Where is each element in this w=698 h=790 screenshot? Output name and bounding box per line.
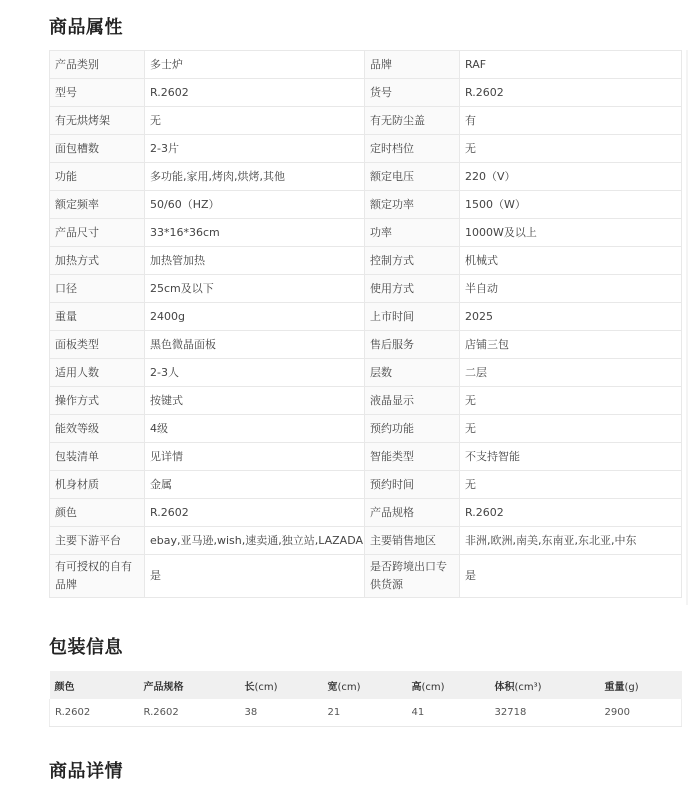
attribute-key: 功能 <box>50 163 145 191</box>
attribute-value: 按键式 <box>145 387 365 415</box>
attribute-value: 1000W及以上 <box>460 219 682 247</box>
attribute-value: 无 <box>460 135 682 163</box>
column-header-weight: 重量(g) <box>600 671 682 699</box>
attribute-key: 有无防尘盖 <box>365 107 460 135</box>
table-row: R.2602 R.2602 38 21 41 32718 2900 <box>50 699 682 727</box>
attribute-key: 型号 <box>50 79 145 107</box>
cell-length: 38 <box>240 699 323 727</box>
attribute-value: 店铺三包 <box>460 331 682 359</box>
column-header-width: 宽(cm) <box>323 671 407 699</box>
attribute-key: 预约功能 <box>365 415 460 443</box>
attribute-key: 适用人数 <box>50 359 145 387</box>
section-title-packaging: 包装信息 <box>49 633 123 659</box>
attribute-value: 二层 <box>460 359 682 387</box>
attribute-key: 主要销售地区 <box>365 527 460 555</box>
attribute-value: R.2602 <box>145 499 365 527</box>
attribute-key: 口径 <box>50 275 145 303</box>
attribute-value: 2025 <box>460 303 682 331</box>
attribute-key: 产品类别 <box>50 51 145 79</box>
attribute-value: 220（V） <box>460 163 682 191</box>
attribute-key: 重量 <box>50 303 145 331</box>
attribute-value: 无 <box>460 471 682 499</box>
attribute-key: 定时档位 <box>365 135 460 163</box>
scrollbar-track[interactable] <box>686 50 688 605</box>
attribute-key: 品牌 <box>365 51 460 79</box>
attribute-value: 加热管加热 <box>145 247 365 275</box>
attribute-row: 面包槽数 2-3片 定时档位 无 <box>50 135 682 163</box>
attribute-key: 功率 <box>365 219 460 247</box>
attribute-key: 是否跨境出口专供货源 <box>365 555 460 598</box>
attribute-value: 2400g <box>145 303 365 331</box>
attribute-key: 包装清单 <box>50 443 145 471</box>
attribute-value: 25cm及以下 <box>145 275 365 303</box>
attribute-key: 加热方式 <box>50 247 145 275</box>
attribute-key: 有可授权的自有品牌 <box>50 555 145 598</box>
column-header-volume: 体积(cm³) <box>490 671 600 699</box>
cell-spec: R.2602 <box>139 699 240 727</box>
attribute-value: 半自动 <box>460 275 682 303</box>
attribute-row: 额定频率 50/60（HZ） 额定功率 1500（W） <box>50 191 682 219</box>
attribute-key: 上市时间 <box>365 303 460 331</box>
attribute-row: 产品类别 多士炉 品牌 RAF <box>50 51 682 79</box>
attribute-row: 机身材质 金属 预约时间 无 <box>50 471 682 499</box>
attribute-row: 重量 2400g 上市时间 2025 <box>50 303 682 331</box>
attribute-key: 智能类型 <box>365 443 460 471</box>
attribute-key: 层数 <box>365 359 460 387</box>
attribute-row: 口径 25cm及以下 使用方式 半自动 <box>50 275 682 303</box>
attribute-value: RAF <box>460 51 682 79</box>
attribute-value: 黑色微晶面板 <box>145 331 365 359</box>
attribute-row: 操作方式 按键式 液晶显示 无 <box>50 387 682 415</box>
attribute-key: 主要下游平台 <box>50 527 145 555</box>
attribute-row: 型号 R.2602 货号 R.2602 <box>50 79 682 107</box>
attribute-row: 包装清单 见详情 智能类型 不支持智能 <box>50 443 682 471</box>
attribute-value: ebay,亚马逊,wish,速卖通,独立站,LAZADA <box>145 527 365 555</box>
attribute-key: 面包槽数 <box>50 135 145 163</box>
attribute-key: 产品尺寸 <box>50 219 145 247</box>
attribute-value: 2-3人 <box>145 359 365 387</box>
attribute-key: 预约时间 <box>365 471 460 499</box>
attribute-value: 见详情 <box>145 443 365 471</box>
attribute-value: R.2602 <box>145 79 365 107</box>
attribute-key: 能效等级 <box>50 415 145 443</box>
attribute-value: 无 <box>460 415 682 443</box>
attribute-value: 机械式 <box>460 247 682 275</box>
attribute-value: 是 <box>145 555 365 598</box>
attribute-key: 控制方式 <box>365 247 460 275</box>
column-header-spec: 产品规格 <box>139 671 240 699</box>
attribute-key: 售后服务 <box>365 331 460 359</box>
attribute-value: 非洲,欧洲,南美,东南亚,东北亚,中东 <box>460 527 682 555</box>
attribute-key: 货号 <box>365 79 460 107</box>
attribute-value: 多士炉 <box>145 51 365 79</box>
attribute-row: 加热方式 加热管加热 控制方式 机械式 <box>50 247 682 275</box>
attribute-value: R.2602 <box>460 79 682 107</box>
column-header-color: 颜色 <box>50 671 139 699</box>
attributes-table: 产品类别 多士炉 品牌 RAF 型号 R.2602 货号 R.2602 有无烘烤… <box>49 50 682 598</box>
packaging-header-row: 颜色 产品规格 长(cm) 宽(cm) 高(cm) 体积(cm³) 重量(g) <box>50 671 682 699</box>
attribute-key: 操作方式 <box>50 387 145 415</box>
cell-color: R.2602 <box>50 699 139 727</box>
attribute-row: 面板类型 黑色微晶面板 售后服务 店铺三包 <box>50 331 682 359</box>
attribute-value: 2-3片 <box>145 135 365 163</box>
attribute-row: 功能 多功能,家用,烤肉,烘烤,其他 额定电压 220（V） <box>50 163 682 191</box>
cell-width: 21 <box>323 699 407 727</box>
attribute-value: 33*16*36cm <box>145 219 365 247</box>
attribute-value: R.2602 <box>460 499 682 527</box>
attribute-row: 有可授权的自有品牌 是 是否跨境出口专供货源 是 <box>50 555 682 598</box>
attribute-value: 无 <box>460 387 682 415</box>
section-title-attributes: 商品属性 <box>49 13 123 39</box>
attribute-key: 产品规格 <box>365 499 460 527</box>
attribute-key: 额定功率 <box>365 191 460 219</box>
attribute-row: 有无烘烤架 无 有无防尘盖 有 <box>50 107 682 135</box>
attribute-key: 使用方式 <box>365 275 460 303</box>
attribute-row: 能效等级 4级 预约功能 无 <box>50 415 682 443</box>
attribute-value: 有 <box>460 107 682 135</box>
attribute-value: 1500（W） <box>460 191 682 219</box>
attribute-key: 额定频率 <box>50 191 145 219</box>
attribute-key: 额定电压 <box>365 163 460 191</box>
attribute-value: 金属 <box>145 471 365 499</box>
packaging-table: 颜色 产品规格 长(cm) 宽(cm) 高(cm) 体积(cm³) 重量(g) … <box>49 671 682 727</box>
attribute-row: 产品尺寸 33*16*36cm 功率 1000W及以上 <box>50 219 682 247</box>
cell-height: 41 <box>407 699 490 727</box>
section-title-details: 商品详情 <box>49 757 123 783</box>
attribute-row: 适用人数 2-3人 层数 二层 <box>50 359 682 387</box>
attribute-key: 液晶显示 <box>365 387 460 415</box>
attribute-value: 4级 <box>145 415 365 443</box>
attribute-value: 是 <box>460 555 682 598</box>
column-header-length: 长(cm) <box>240 671 323 699</box>
attribute-key: 面板类型 <box>50 331 145 359</box>
attribute-key: 颜色 <box>50 499 145 527</box>
attribute-row: 主要下游平台 ebay,亚马逊,wish,速卖通,独立站,LAZADA 主要销售… <box>50 527 682 555</box>
attribute-value: 无 <box>145 107 365 135</box>
attribute-value: 多功能,家用,烤肉,烘烤,其他 <box>145 163 365 191</box>
column-header-height: 高(cm) <box>407 671 490 699</box>
attribute-key: 有无烘烤架 <box>50 107 145 135</box>
attribute-value: 50/60（HZ） <box>145 191 365 219</box>
cell-volume: 32718 <box>490 699 600 727</box>
cell-weight: 2900 <box>600 699 682 727</box>
attribute-key: 机身材质 <box>50 471 145 499</box>
attribute-value: 不支持智能 <box>460 443 682 471</box>
attribute-row: 颜色 R.2602 产品规格 R.2602 <box>50 499 682 527</box>
